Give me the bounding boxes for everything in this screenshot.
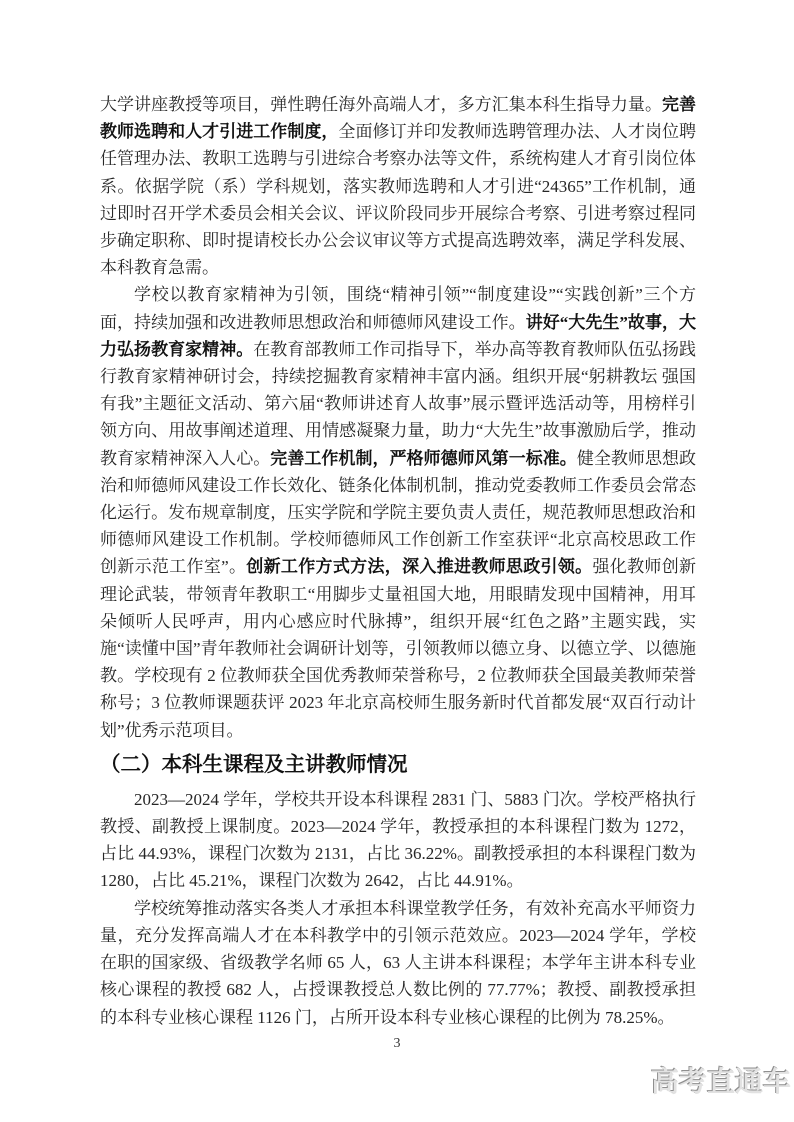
paragraph-5: 学校统筹推动落实各类人才承担本科课堂教学任务，有效补充高水平师资力量，充分发挥高… [100, 895, 696, 1031]
text-run: 大学讲座教授等项目，弹性聘任海外高端人才，多方汇集本科生指导力量。 [100, 95, 662, 114]
text-run: 全面修订并印发教师选聘管理办法、人才岗位聘任管理办法、教职工选聘与引进综合考察办… [100, 122, 696, 277]
watermark-gaokao-zhitongche: 高考直通车 [651, 1060, 791, 1100]
emphasis-run: 完善工作机制，严格师德师风第一标准。 [270, 449, 577, 468]
paragraph-1: 大学讲座教授等项目，弹性聘任海外高端人才，多方汇集本科生指导力量。完善教师选聘和… [100, 91, 696, 281]
paragraph-4: 2023—2024 学年，学校共开设本科课程 2831 门、5883 门次。学校… [100, 786, 696, 895]
emphasis-run: 创新工作方式方法，深入推进教师思政引领。 [246, 557, 592, 576]
paragraph-2: 学校以教育家精神为引领，围绕“精神引领”“制度建设”“实践创新”三个方面，持续加… [100, 281, 696, 743]
page-number: 3 [0, 1036, 794, 1052]
text-run: 2023—2024 学年，学校共开设本科课程 2831 门、5883 门次。学校… [100, 790, 696, 891]
document-page: 大学讲座教授等项目，弹性聘任海外高端人才，多方汇集本科生指导力量。完善教师选聘和… [0, 0, 794, 1122]
document-body: 大学讲座教授等项目，弹性聘任海外高端人才，多方汇集本科生指导力量。完善教师选聘和… [100, 91, 696, 1031]
text-run: 学校统筹推动落实各类人才承担本科课堂教学任务，有效补充高水平师资力量，充分发挥高… [100, 899, 696, 1027]
text-run: 强化教师创新理论武装，带领青年教职工“用脚步丈量祖国大地，用眼睛发现中国精神，用… [100, 557, 696, 739]
section-heading: （二）本科生课程及主讲教师情况 [100, 751, 696, 779]
